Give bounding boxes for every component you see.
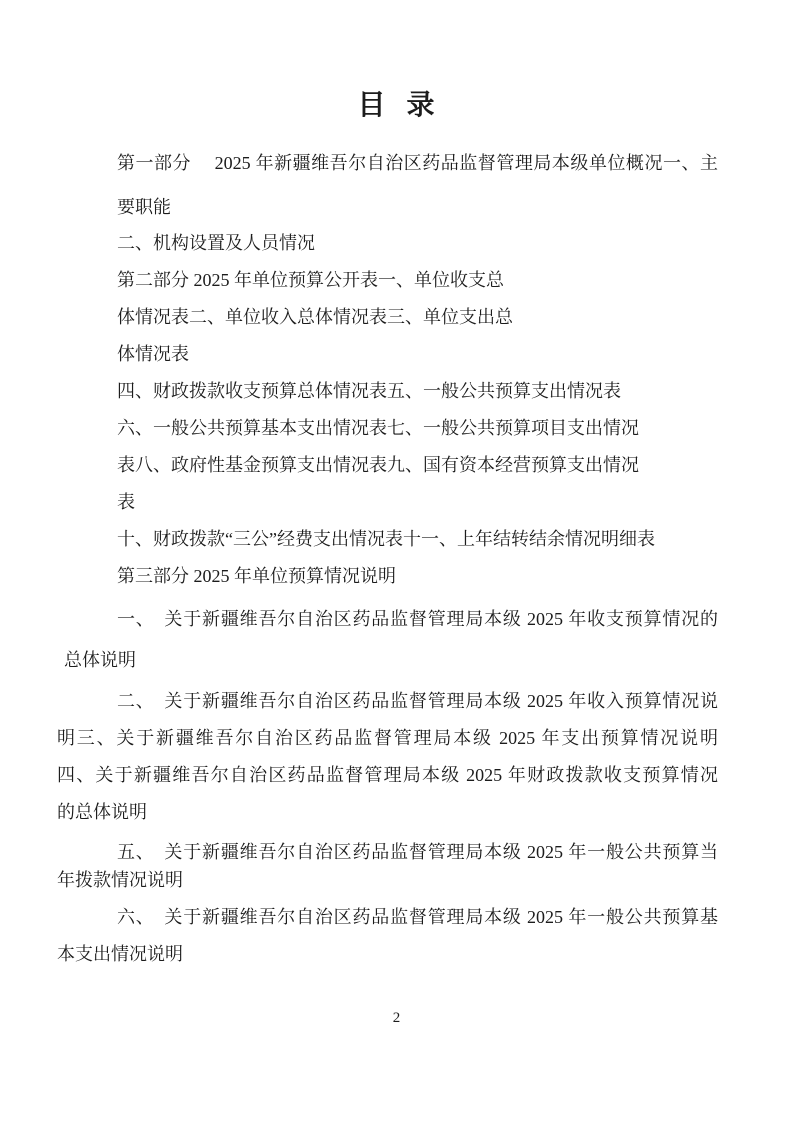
toc-line: 总体说明 (64, 650, 136, 671)
toc-line: 二、机构设置及人员情况 (117, 233, 315, 254)
document-page: 目 录 第一部分 2025 年新疆维吾尔自治区药品监督管理局本级单位概况一、主要… (0, 0, 793, 1122)
toc-line: 明三、关于新疆维吾尔自治区药品监督管理局本级 2025 年支出预算情况说明 (57, 728, 718, 749)
toc-line: 五、 关于新疆维吾尔自治区药品监督管理局本级 2025 年一般公共预算当 (117, 842, 718, 863)
toc-line: 的总体说明 (57, 802, 147, 823)
toc-line: 六、一般公共预算基本支出情况表七、一般公共预算项目支出情况 (117, 418, 639, 439)
toc-line: 六、 关于新疆维吾尔自治区药品监督管理局本级 2025 年一般公共预算基 (117, 907, 718, 928)
toc-line: 要职能 (117, 197, 171, 218)
toc-line: 本支出情况说明 (57, 944, 183, 965)
toc-line: 四、财政拨款收支预算总体情况表五、一般公共预算支出情况表 (117, 381, 621, 402)
toc-line: 体情况表 (117, 344, 189, 365)
toc-line: 第三部分 2025 年单位预算情况说明 (117, 566, 396, 587)
toc-line: 二、 关于新疆维吾尔自治区药品监督管理局本级 2025 年收入预算情况说 (117, 691, 718, 712)
toc-line: 表 (117, 492, 135, 513)
toc-line: 第二部分 2025 年单位预算公开表一、单位收支总 (117, 270, 504, 291)
toc-line: 一、 关于新疆维吾尔自治区药品监督管理局本级 2025 年收支预算情况的 (117, 609, 718, 630)
table-of-contents: 第一部分 2025 年新疆维吾尔自治区药品监督管理局本级单位概况一、主要职能二、… (0, 0, 793, 1122)
toc-line: 四、关于新疆维吾尔自治区药品监督管理局本级 2025 年财政拨款收支预算情况 (57, 765, 718, 786)
toc-line: 体情况表二、单位收入总体情况表三、单位支出总 (117, 307, 513, 328)
toc-line: 年拨款情况说明 (57, 870, 183, 891)
page-number: 2 (0, 1010, 793, 1027)
toc-line: 第一部分 2025 年新疆维吾尔自治区药品监督管理局本级单位概况一、主 (117, 153, 718, 174)
toc-line: 十、财政拨款“三公”经费支出情况表十一、上年结转结余情况明细表 (117, 529, 655, 550)
toc-line: 表八、政府性基金预算支出情况表九、国有资本经营预算支出情况 (117, 455, 639, 476)
